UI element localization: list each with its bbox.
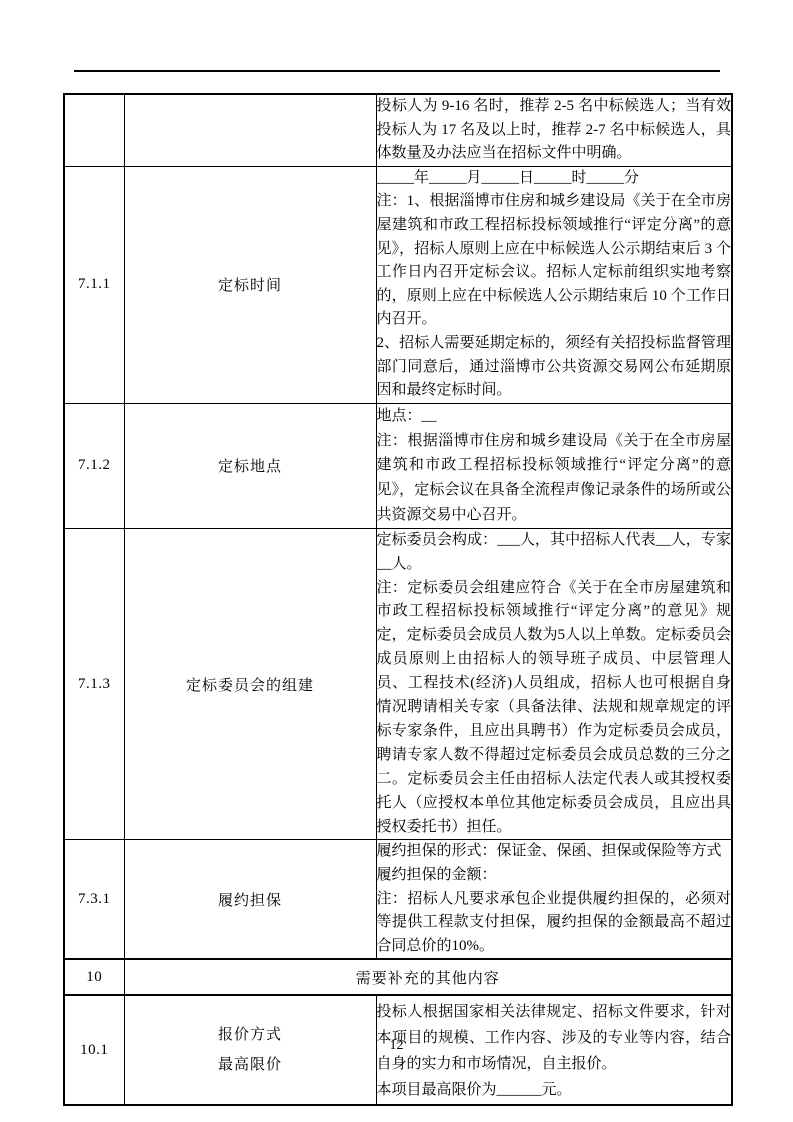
blank-location-line: 地点：__ [377,404,732,429]
label-line: 最高限价 [125,1050,376,1080]
row-label-cell [124,94,376,166]
row-content-cell: 履约担保的形式：保证金、保函、担保或保险等方式 履约担保的金额： 注：招标人凡要… [376,840,732,959]
page-header-rule [74,70,720,72]
document-page: 投标人为 9-16 名时，推荐 2-5 名中标候选人；当有效投标人为 17 名及… [0,0,793,1122]
row-label-cell: 定标时间 [124,166,376,403]
blank-committee-line: 定标委员会构成：___人，其中招标人代表__人，专家__人。 [377,529,732,577]
tender-terms-table: 投标人为 9-16 名时，推荐 2-5 名中标候选人；当有效投标人为 17 名及… [63,93,733,1106]
paragraph: 注：根据淄博市住房和城乡建设局《关于在全市房屋建筑和市政工程招标投标领域推行“评… [377,429,732,528]
row-content-cell: _____年_____月_____日_____时_____分 注：1、根据淄博市… [376,166,732,403]
paragraph: 注：定标委员会组建应符合《关于在全市房屋建筑和市政工程招标投标领域推行“评定分离… [377,577,732,840]
row-number-cell [64,94,124,166]
table-row-10: 10 需要补充的其他内容 [64,959,732,995]
table-row-7-1-1: 7.1.1 定标时间 _____年_____月_____日_____时_____… [64,166,732,403]
table-row-7-1-2: 7.1.2 定标地点 地点：__ 注：根据淄博市住房和城乡建设局《关于在全市房屋… [64,403,732,528]
section-title-cell: 需要补充的其他内容 [124,959,732,995]
row-number-cell: 10 [64,959,124,995]
table-row-continuation: 投标人为 9-16 名时，推荐 2-5 名中标候选人；当有效投标人为 17 名及… [64,94,732,166]
paragraph: 注：招标人凡要求承包企业提供履约担保的，必须对等提供工程款支付担保，履约担保的金… [377,888,732,959]
row-content-cell: 投标人为 9-16 名时，推荐 2-5 名中标候选人；当有效投标人为 17 名及… [376,94,732,166]
row-content-cell: 定标委员会构成：___人，其中招标人代表__人，专家__人。 注：定标委员会组建… [376,528,732,840]
row-number-cell: 7.3.1 [64,840,124,959]
paragraph: 履约担保的形式：保证金、保函、担保或保险等方式 [377,840,732,864]
row-number-cell: 7.1.1 [64,166,124,403]
row-label-cell: 履约担保 [124,840,376,959]
row-number-cell: 7.1.3 [64,528,124,840]
row-label-cell: 定标地点 [124,403,376,528]
blank-datetime-line: _____年_____月_____日_____时_____分 [377,167,732,191]
paragraph: 投标人为 9-16 名时，推荐 2-5 名中标候选人；当有效投标人为 17 名及… [377,95,732,166]
paragraph: 注：1、根据淄博市住房和城乡建设局《关于在全市房屋建筑和市政工程招标投标领域推行… [377,190,732,332]
row-number-cell: 7.1.2 [64,403,124,528]
paragraph: 2、招标人需要延期定标的，须经有关招投标监督管理部门同意后，通过淄博市公共资源交… [377,332,732,403]
table-row-7-1-3: 7.1.3 定标委员会的组建 定标委员会构成：___人，其中招标人代表__人，专… [64,528,732,840]
paragraph: 履约担保的金额： [377,864,732,888]
row-content-cell: 地点：__ 注：根据淄博市住房和城乡建设局《关于在全市房屋建筑和市政工程招标投标… [376,403,732,528]
table-row-7-3-1: 7.3.1 履约担保 履约担保的形式：保证金、保函、担保或保险等方式 履约担保的… [64,840,732,959]
blank-price-line: 本项目最高限价为______元。 [377,1078,732,1104]
page-number: 12 [0,1038,793,1054]
row-label-cell: 定标委员会的组建 [124,528,376,840]
